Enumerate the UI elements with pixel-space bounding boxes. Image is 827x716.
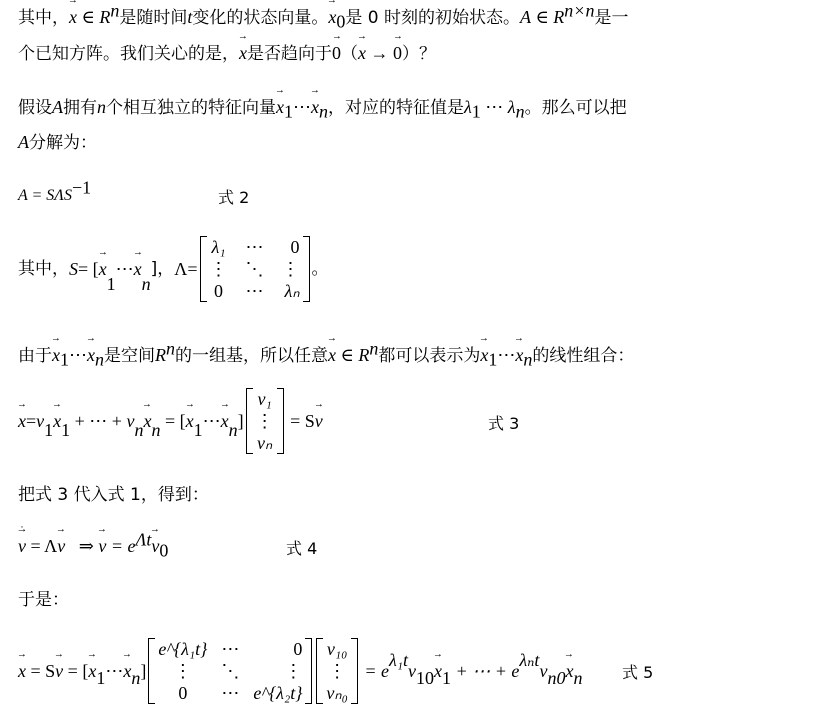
vector-x: x — [239, 42, 247, 64]
exp-lambda-matrix: e^{λ₁t} ⋯ 0 ⋮ ⋱ ⋮ 0 ⋯ e^{λ₂t} — [148, 638, 312, 704]
bracket: ] — [140, 660, 146, 682]
ellipsis: ⋯ — [105, 660, 123, 682]
ellipsis: ⋯ — [116, 258, 134, 280]
math-A: A — [18, 132, 29, 152]
matrix-cell: ⋮ — [256, 410, 274, 432]
superscript: −1 — [72, 177, 91, 197]
text: 由于 — [18, 346, 52, 366]
vector-x1: x — [52, 344, 60, 366]
paragraph-hence: 于是： — [18, 589, 69, 611]
text: ）？ — [402, 44, 436, 64]
vector-v: v — [98, 535, 106, 557]
text: 个已知方阵。我们关心的是， — [18, 44, 239, 64]
equals-Lambda: = Λ — [26, 536, 57, 556]
matrix-cell: ⋱ — [246, 258, 264, 280]
superscript: n — [369, 338, 378, 358]
equals: = — [187, 258, 197, 280]
matrix-cell: ⋯ — [221, 682, 239, 704]
matrix-cell: ⋱ — [221, 660, 239, 682]
vector-xn: x — [123, 660, 131, 682]
element-of-symbol: ∈ — [77, 7, 99, 27]
matrix-cell: vₙ — [257, 432, 272, 454]
equation-2: A = SΛS−1 — [18, 184, 91, 207]
text: 拥有 — [63, 98, 97, 118]
zero-vector: 0 — [332, 42, 341, 64]
paragraph-basis: 由于x1⋯xn是空间Rn的一组基，所以任意x ∈ Rn都可以表示为x1⋯xn的线… — [18, 344, 634, 367]
implies-symbol: ⇒ — [65, 536, 98, 556]
text: 。那么可以把 — [525, 98, 627, 118]
vector-v: v — [55, 660, 63, 682]
vector-v: v — [315, 410, 323, 432]
subscript: 1 — [284, 101, 293, 121]
vector-x0: x — [328, 6, 336, 28]
paragraph-eigen-line1: 假设A拥有n个相互独立的特征向量x1⋯xn，对应的特征值是λ1 ⋯ λn。那么可… — [18, 96, 627, 119]
vector-xn: x — [134, 258, 142, 280]
subscript: 0 — [336, 11, 345, 31]
equation-4: ˙v = Λv ⇒ v = eΛtv0 — [18, 535, 168, 558]
equals: = — [26, 410, 36, 432]
element-of-symbol: ∈ — [336, 345, 358, 365]
text: 个相互独立的特征向量 — [106, 98, 276, 118]
ellipsis: ⋯ — [481, 97, 508, 117]
subscript: n — [319, 101, 328, 121]
right-bracket — [303, 236, 310, 302]
vector-xn: x — [221, 410, 229, 432]
matrix-cell: ⋮ — [210, 258, 228, 280]
math-R: R — [155, 345, 166, 365]
left-bracket — [246, 388, 253, 454]
left-bracket — [316, 638, 323, 704]
matrix-cell: 0 — [282, 236, 300, 258]
equation-2-label: 式 2 — [218, 185, 249, 208]
matrix-cell: ⋮ — [158, 660, 207, 682]
left-bracket — [148, 638, 155, 704]
paragraph-eigen-line2: A分解为： — [18, 131, 97, 154]
math-R: R — [553, 7, 564, 27]
text: 都可以表示为 — [378, 346, 480, 366]
text: 其中， — [18, 258, 69, 280]
equation-5: x = Sv = [x1⋯xn] e^{λ₁t} ⋯ 0 ⋮ ⋱ ⋮ 0 ⋯ e… — [18, 638, 582, 704]
vector-v-dot: ˙v — [18, 535, 26, 557]
vector-xn: x — [143, 410, 151, 432]
math-R: R — [99, 7, 110, 27]
right-bracket — [351, 638, 358, 704]
equals: = [ — [63, 660, 88, 682]
text: 。 — [312, 258, 329, 280]
vector-v: v — [57, 535, 65, 557]
subscript: 1 — [60, 349, 69, 369]
text: 假设 — [18, 98, 52, 118]
element-of-symbol: ∈ — [531, 7, 553, 27]
superscript: n — [166, 338, 175, 358]
column-grid: v₁₀ ⋮ vₙ₀ — [323, 638, 350, 704]
text: 是否趋向于 — [247, 44, 332, 64]
equation-3-label: 式 3 — [488, 411, 519, 434]
matrix-cell: ⋮ — [328, 660, 346, 682]
lambda-matrix: λ₁ ⋯ 0 ⋮ ⋱ ⋮ 0 ⋯ λₙ — [200, 236, 310, 302]
subscript: n — [95, 349, 104, 369]
v-column-vector: v₁ ⋮ vₙ — [246, 388, 284, 454]
v0-column-vector: v₁₀ ⋮ vₙ₀ — [316, 638, 357, 704]
vector-x1: x — [186, 410, 194, 432]
math-v: v — [539, 660, 547, 682]
plus-ellipsis: + ⋯ + — [70, 410, 126, 432]
matrix-cell: ⋮ — [282, 258, 300, 280]
matrix-cell: v₁ — [258, 388, 272, 410]
superscript: n×n — [564, 0, 594, 20]
text: 是随时间 — [119, 8, 187, 28]
lambda: λ — [464, 97, 472, 117]
matrix-cell: ⋮ — [253, 660, 302, 682]
vector-xn: x — [311, 96, 319, 118]
equation-3: x = v1x1 + ⋯ + vnxn = [x1⋯xn] v₁ ⋮ vₙ = … — [18, 388, 323, 454]
subscript: n — [516, 101, 525, 121]
superscript: n — [110, 0, 119, 20]
arrow-symbol: → — [366, 43, 393, 63]
right-bracket — [277, 388, 284, 454]
equals: = [ — [160, 410, 185, 432]
matrix-cell: e^{λ₁t} — [158, 638, 207, 660]
vector-v0: v — [151, 535, 159, 557]
math-v1: v — [36, 410, 44, 432]
column-grid: v₁ ⋮ vₙ — [253, 388, 277, 454]
text: 的线性组合： — [532, 346, 634, 366]
plus-ellipsis: + ⋯ + e — [451, 660, 519, 682]
vector-xn: x — [87, 344, 95, 366]
math-A: A — [52, 97, 63, 117]
vector-x1: x — [434, 660, 442, 682]
ellipsis: ⋯ — [293, 97, 311, 117]
equals-e: = e — [106, 536, 135, 556]
text: 分解为： — [29, 133, 97, 153]
matrix-cell: λ₁ — [210, 236, 228, 258]
math-S: S — [69, 258, 78, 280]
vector-x1: x — [276, 96, 284, 118]
vector-x1: x — [53, 410, 61, 432]
math-vn: v — [126, 410, 134, 432]
lambda: λ — [508, 97, 516, 117]
equals-e: = e — [360, 660, 389, 682]
equation-body: A = SΛS — [18, 187, 72, 204]
ellipsis: ⋯ — [497, 345, 515, 365]
ellipsis: ⋯ — [69, 345, 87, 365]
vector-x: x — [18, 660, 26, 682]
equals-S: = S — [26, 660, 55, 682]
equals-S: = S — [286, 410, 315, 432]
bracket: ] — [238, 410, 244, 432]
text: 是 0 时刻的初始状态。 — [345, 8, 520, 28]
math-Lambda: Λ — [174, 258, 187, 280]
matrix-cell: 0 — [158, 682, 207, 704]
equation-4-label: 式 4 — [286, 536, 317, 559]
math-R: R — [358, 345, 369, 365]
matrix-cell: ⋯ — [246, 280, 264, 302]
text: ，对应的特征值是 — [328, 98, 464, 118]
subscript: 1 — [472, 101, 481, 121]
vector-xn: x — [565, 660, 573, 682]
right-bracket — [305, 638, 312, 704]
equals: = [ — [78, 258, 99, 280]
matrix-cell: 0 — [210, 280, 228, 302]
matrix-grid: e^{λ₁t} ⋯ 0 ⋮ ⋱ ⋮ 0 ⋯ e^{λ₂t} — [155, 638, 305, 704]
matrix-cell: v₁₀ — [327, 638, 348, 660]
math-n: n — [97, 97, 106, 117]
left-bracket — [200, 236, 207, 302]
paragraph-substitute: 把式 3 代入式 1，得到： — [18, 484, 209, 506]
vector-x: x — [358, 42, 366, 64]
vector-x: x — [328, 344, 336, 366]
matrix-cell: 0 — [253, 638, 302, 660]
paragraph-state-vector-line1: 其中，x ∈ Rn是随时间t变化的状态向量。x0是 0 时刻的初始状态。A ∈ … — [18, 6, 628, 29]
paragraph-state-vector-line2: 个已知方阵。我们关心的是，x是否趋向于0（x → 0）？ — [18, 42, 436, 65]
ellipsis: ⋯ — [203, 410, 221, 432]
zero-vector: 0 — [393, 42, 402, 64]
vector-x: x — [18, 410, 26, 432]
subscript: 0 — [159, 540, 168, 560]
text: 其中， — [18, 8, 69, 28]
equation-5-label: 式 5 — [622, 660, 653, 683]
vector-x1: x — [99, 258, 107, 280]
subscript: n — [523, 349, 532, 369]
subscript: 1 — [488, 349, 497, 369]
text: （ — [341, 44, 358, 64]
text: 变化的状态向量。 — [192, 8, 328, 28]
superscript: Λt — [135, 529, 151, 549]
text: 的一组基，所以任意 — [175, 346, 328, 366]
vector-x: x — [69, 6, 77, 28]
matrix-cell: vₙ₀ — [326, 682, 347, 704]
vector-x1: x — [480, 344, 488, 366]
math-v: v — [408, 660, 416, 682]
matrix-grid: λ₁ ⋯ 0 ⋮ ⋱ ⋮ 0 ⋯ λₙ — [207, 236, 303, 302]
vector-xn: x — [515, 344, 523, 366]
matrix-cell: ⋯ — [221, 638, 239, 660]
math-A: A — [520, 7, 531, 27]
text: 是一 — [594, 8, 628, 28]
text: ]， — [151, 258, 175, 280]
matrix-cell: e^{λ₂t} — [253, 682, 302, 704]
matrix-cell: λₙ — [282, 280, 300, 302]
matrix-cell: ⋯ — [246, 236, 264, 258]
paragraph-S-Lambda: 其中，S = [x1⋯xn]，Λ = λ₁ ⋯ 0 ⋮ ⋱ ⋮ 0 ⋯ λₙ 。 — [18, 236, 329, 302]
vector-x1: x — [88, 660, 96, 682]
text: 是空间 — [104, 346, 155, 366]
